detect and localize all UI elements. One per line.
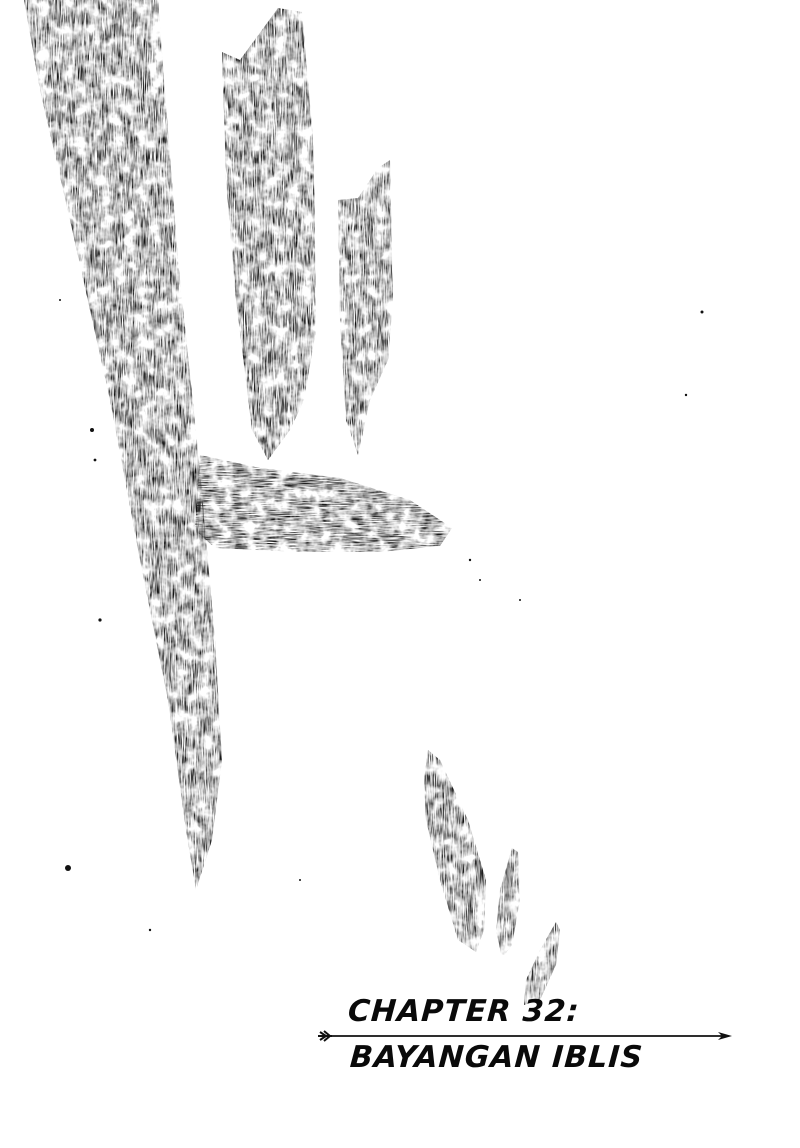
falling-shard-small [524,922,560,1005]
chapter-title-heading: BAYANGAN IBLIS [349,1040,645,1075]
falling-shard-medium [496,848,520,958]
chapter-number-heading: CHAPTER 32: [347,994,581,1029]
horizontal-crossbar-stroke [195,455,452,552]
upper-middle-stroke [222,8,316,460]
falling-shard-large [424,750,486,952]
arrow-fletching-icon [318,1031,332,1041]
upper-right-stroke [338,160,393,455]
brush-artwork [0,0,800,1148]
main-diagonal-stroke [24,0,222,890]
